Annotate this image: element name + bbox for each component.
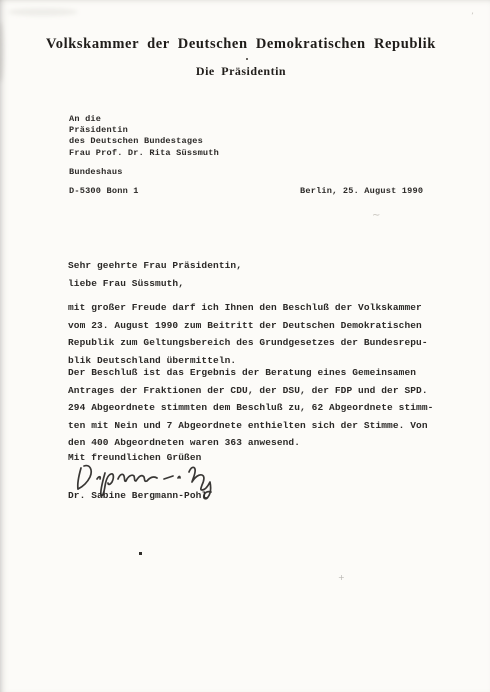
text-line: Sehr geehrte Frau Präsidentin,: [68, 257, 242, 275]
scan-speck: ʼ: [471, 12, 474, 22]
recipient-city: D-5300 Bonn 1: [69, 186, 139, 197]
body-paragraph-1: mit großer Freude darf ich Ihnen den Bes…: [68, 299, 428, 369]
organization-title: Volkskammer der Deutschen Demokratischen…: [0, 36, 482, 53]
text-line: Frau Prof. Dr. Rita Süssmuth: [69, 148, 219, 159]
salutation: Sehr geehrte Frau Präsidentin,liebe Frau…: [68, 257, 242, 292]
text-line: ten mit Nein und 7 Abgeordnete enthielte…: [68, 417, 433, 435]
text-line: Präsidentin: [69, 125, 219, 136]
recipient-building: Bundeshaus: [69, 167, 123, 178]
text-line: 294 Abgeordnete stimmten dem Beschluß zu…: [68, 399, 433, 417]
text-line: liebe Frau Süssmuth,: [68, 275, 242, 293]
text-line: An die: [69, 114, 219, 125]
text-line: Republik zum Geltungsbereich des Grundge…: [68, 334, 428, 352]
letterhead: Volkskammer der Deutschen Demokratischen…: [0, 36, 482, 53]
text-line: des Deutschen Bundestages: [69, 136, 219, 147]
body-paragraph-2: Der Beschluß ist das Ergebnis der Beratu…: [68, 364, 433, 452]
role-title: Die Präsidentin: [0, 64, 482, 79]
text-line: Der Beschluß ist das Ergebnis der Beratu…: [68, 364, 433, 382]
text-line: vom 23. August 1990 zum Beitritt der Deu…: [68, 317, 428, 335]
scan-speck: [246, 58, 248, 60]
scan-speck: [139, 552, 142, 555]
letter-page: ʼ Volkskammer der Deutschen Demokratisch…: [0, 0, 490, 692]
recipient-address: An diePräsidentindes Deutschen Bundestag…: [69, 114, 219, 159]
dateline: Berlin, 25. August 1990: [300, 186, 423, 197]
signatory-name: Dr. Sabine Bergmann-Pohl: [68, 487, 207, 505]
scan-smudge: [8, 8, 78, 16]
scan-speck: +: [338, 575, 344, 581]
text-line: mit großer Freude darf ich Ihnen den Bes…: [68, 299, 428, 317]
scan-speck: ∼: [372, 210, 380, 221]
text-line: Antrages der Fraktionen der CDU, der DSU…: [68, 382, 433, 400]
